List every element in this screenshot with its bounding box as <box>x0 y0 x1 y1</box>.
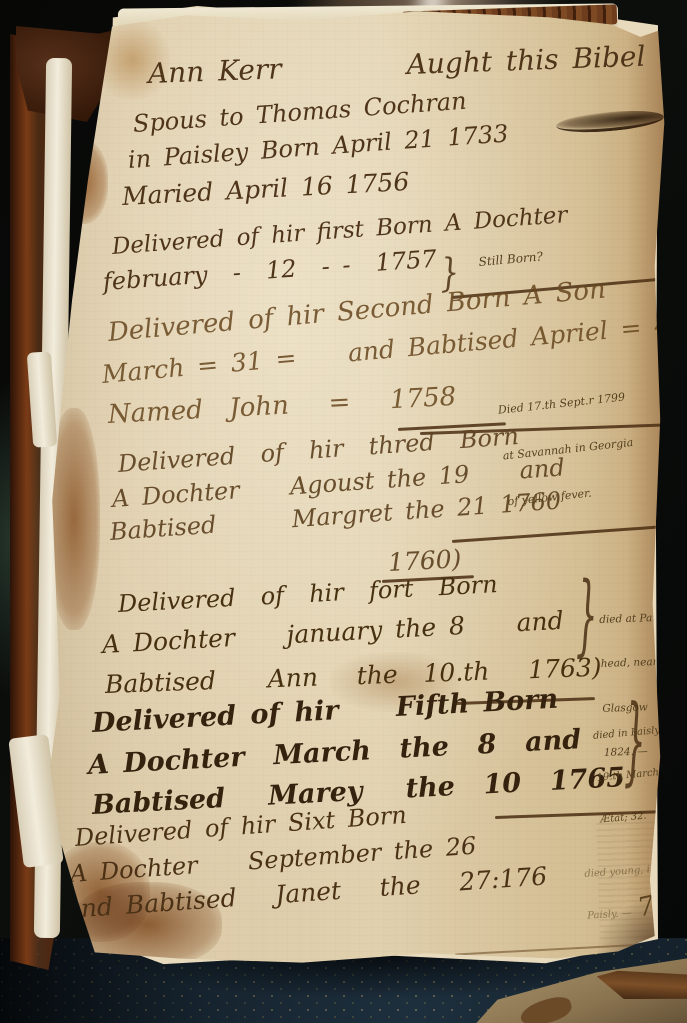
heading-owner-line: Ann Kerr Aught this Bibel <box>148 43 646 88</box>
photo-of-bible-page: Ann Kerr Aught this Bibel Spous to Thoma… <box>0 0 687 1023</box>
margin-note-line: 19.th March 1797, <box>596 764 687 786</box>
margin-note-line: Paisly. — <box>587 905 660 924</box>
margin-note-line: head, near <box>601 655 675 672</box>
bible-record-page: Ann Kerr Aught this Bibel Spous to Thoma… <box>0 0 687 1023</box>
margin-note-line: died at Park= <box>599 611 673 628</box>
entry-fourth-born-line: Delivered of hir fort Born <box>117 572 498 616</box>
margin-note-line: Ætat; 32. <box>600 805 687 827</box>
margin-note-line: died young, in <box>584 863 657 882</box>
margin-note-marey-death: died in Paisly 19.th March 1797, Ætat; 3… <box>590 694 687 856</box>
margin-note-still-born: Still Born? <box>478 248 544 270</box>
margin-note-line: Died 17.th Sept.r 1799 <box>497 389 629 418</box>
margin-note-janet: died young, in Paisly. — <box>582 835 662 952</box>
entry-third-born-line: 1760) <box>387 546 462 575</box>
heading-marriage-line: Maried April 16 1756 <box>121 169 409 209</box>
margin-note-line: died in Paisly <box>592 722 687 744</box>
brace: } <box>576 564 598 668</box>
entry-second-born-line: Named John = 1758 <box>107 384 456 428</box>
